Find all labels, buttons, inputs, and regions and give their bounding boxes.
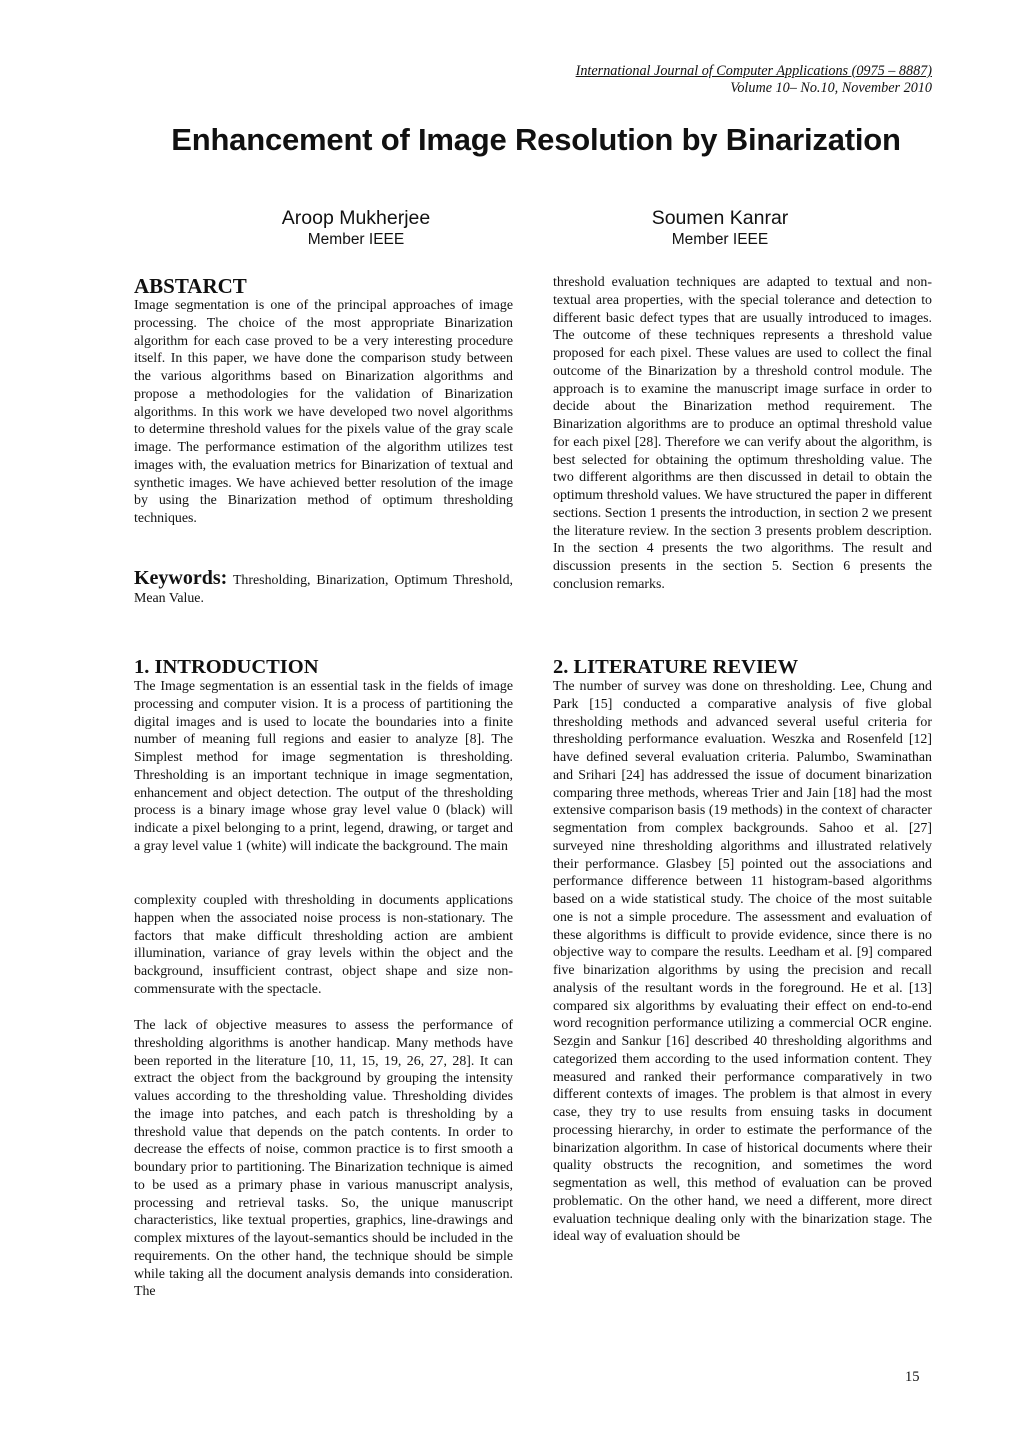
page-number: 15 bbox=[905, 1369, 920, 1386]
running-header: International Journal of Computer Applic… bbox=[576, 63, 932, 97]
author-name: Aroop Mukherjee bbox=[226, 206, 486, 230]
introduction-right-column: threshold evaluation techniques are adap… bbox=[553, 274, 932, 594]
journal-volume: Volume 10– No.10, November 2010 bbox=[576, 80, 932, 97]
author-2: Soumen Kanrar Member IEEE bbox=[590, 206, 850, 250]
introduction-section: 1. INTRODUCTION The Image segmentation i… bbox=[134, 656, 513, 856]
literature-review-section: 2. LITERATURE REVIEW The number of surve… bbox=[553, 656, 932, 1246]
introduction-heading: 1. INTRODUCTION bbox=[134, 656, 513, 678]
author-name: Soumen Kanrar bbox=[590, 206, 850, 230]
author-affiliation: Member IEEE bbox=[590, 230, 850, 250]
abstract-heading: ABSTARCT bbox=[134, 275, 513, 297]
introduction-paragraph: threshold evaluation techniques are adap… bbox=[553, 274, 932, 594]
introduction-paragraph: The Image segmentation is an essential t… bbox=[134, 678, 513, 856]
keywords-label: Keywords: bbox=[134, 567, 227, 589]
keywords-section: Keywords: Thresholding, Binarization, Op… bbox=[134, 570, 513, 608]
author-1: Aroop Mukherjee Member IEEE bbox=[226, 206, 486, 250]
literature-review-heading: 2. LITERATURE REVIEW bbox=[553, 656, 932, 678]
literature-review-text: The number of survey was done on thresho… bbox=[553, 678, 932, 1246]
abstract-text: Image segmentation is one of the princip… bbox=[134, 297, 513, 528]
abstract-section: ABSTARCT Image segmentation is one of th… bbox=[134, 275, 513, 528]
paper-title: Enhancement of Image Resolution by Binar… bbox=[0, 122, 1024, 158]
introduction-continued: complexity coupled with thresholding in … bbox=[134, 892, 513, 999]
introduction-paragraph: complexity coupled with thresholding in … bbox=[134, 892, 513, 999]
journal-name: International Journal of Computer Applic… bbox=[576, 63, 932, 80]
introduction-continued: The lack of objective measures to assess… bbox=[134, 1017, 513, 1301]
author-affiliation: Member IEEE bbox=[226, 230, 486, 250]
introduction-paragraph: The lack of objective measures to assess… bbox=[134, 1017, 513, 1301]
